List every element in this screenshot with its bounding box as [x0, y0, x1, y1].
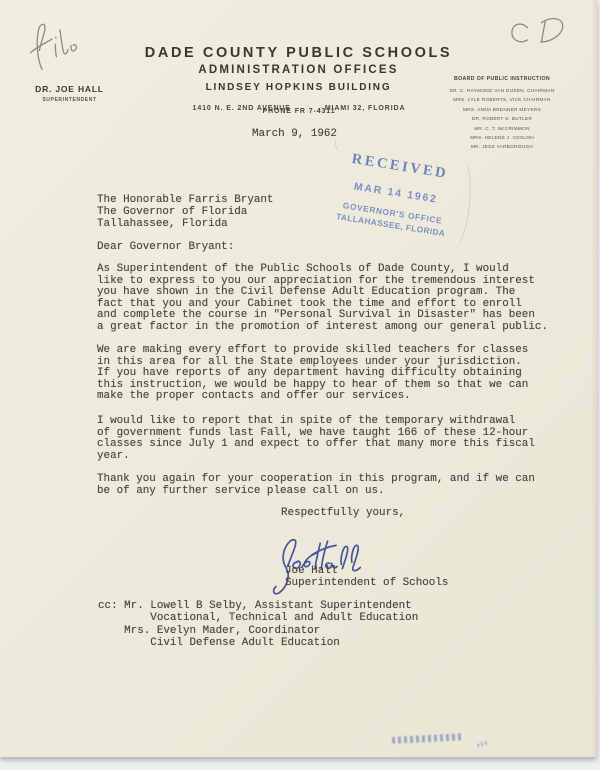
board-list: BOARD OF PUBLIC INSTRUCTION DR. C. RAYMO… — [408, 76, 596, 152]
signer-typed-title: Superintendent of Schools — [285, 578, 448, 590]
board-member: DR. ROBERT S. BUTLER — [408, 114, 596, 123]
board-member: MR. C. T. McCRIMMON — [408, 124, 596, 133]
letter-page: DR. JOE HALL SUPERINTENDENT DADE COUNTY … — [0, 0, 597, 757]
body-paragraph-2: We are making every effort to provide sk… — [97, 345, 528, 403]
org-name: DADE COUNTY PUBLIC SCHOOLS — [0, 45, 597, 61]
board-member: MR. JESS YARBOROUGH — [408, 142, 596, 151]
board-member: DR. C. RAYMOND VAN DUSEN, CHAIRMAN — [408, 86, 596, 95]
board-heading: BOARD OF PUBLIC INSTRUCTION — [408, 76, 596, 82]
salutation: Dear Governor Bryant: — [97, 242, 234, 254]
recipient-address: The Honorable Farris Bryant The Governor… — [97, 194, 273, 230]
board-member: MRS. HELENE J. VOSLOH — [408, 133, 596, 142]
received-stamp: RECEIVED MAR 14 1962 GOVERNOR'S OFFICE T… — [330, 149, 462, 239]
ink-offset-smudge-small — [477, 740, 489, 747]
board-member: MRS. ANNA BRENNER MEYERS — [408, 105, 596, 114]
signer-typed-name: Joe Hall — [285, 566, 337, 578]
stamp-frame-mark-left — [334, 138, 344, 152]
body-paragraph-1: As Superintendent of the Public Schools … — [97, 264, 548, 334]
cc-block: cc: Mr. Lowell B Selby, Assistant Superi… — [98, 600, 418, 649]
office-line: ADMINISTRATION OFFICES — [0, 64, 597, 76]
board-member: MRS. LYLE ROBERTS, VICE CHAIRMAN — [408, 95, 596, 104]
stamp-received-text: RECEIVED — [338, 149, 461, 185]
letter-date: March 9, 1962 — [252, 129, 337, 141]
body-paragraph-3: I would like to report that in spite of … — [97, 416, 535, 462]
ink-offset-smudge — [392, 733, 464, 744]
body-paragraph-4: Thank you again for your cooperation in … — [97, 474, 535, 497]
closing-line: Respectfully yours, — [281, 508, 405, 520]
